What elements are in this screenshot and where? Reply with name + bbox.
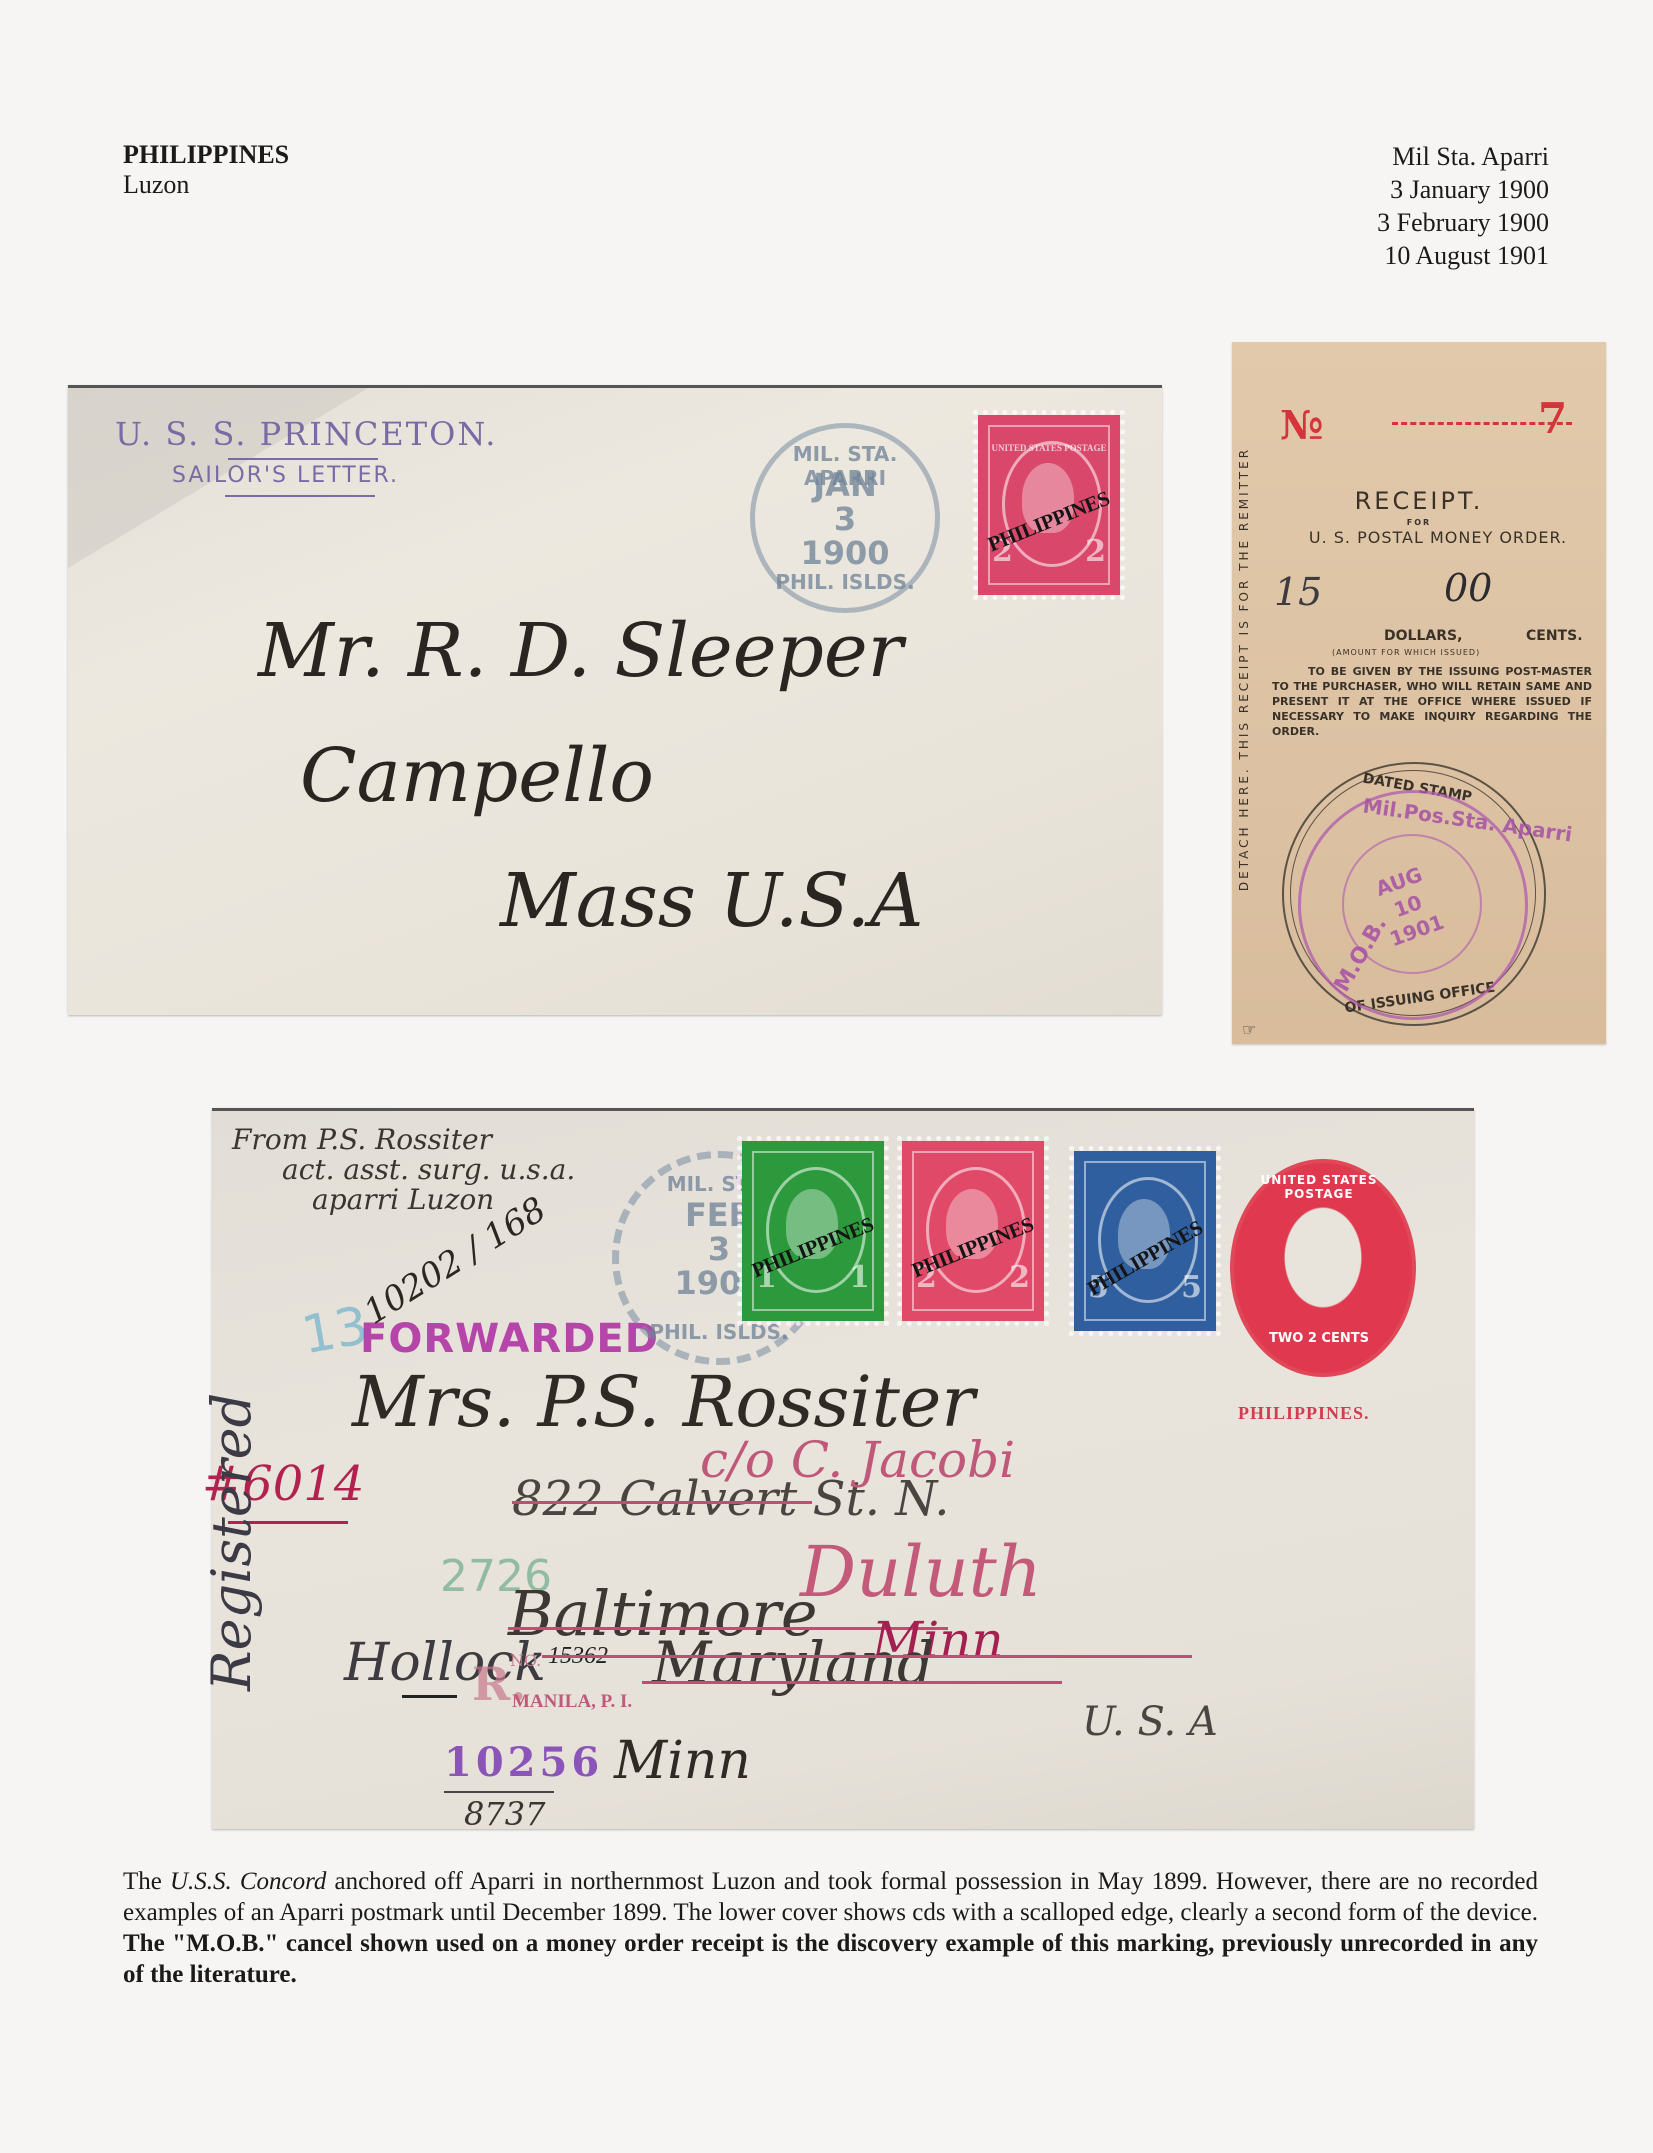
stamp-1c-franklin: 1 1 PHILIPPINES	[742, 1141, 884, 1321]
indicium-bottom-text: TWO 2 CENTS	[1242, 1331, 1396, 1346]
forwarding-name: c/o C. Jacobi	[700, 1431, 1015, 1489]
detach-side-text: DETACH HERE. THIS RECEIPT IS FOR THE REM…	[1237, 339, 1251, 999]
page-header-left: PHILIPPINES Luzon	[123, 140, 289, 200]
indicium-top-text: UNITED STATES POSTAGE	[1242, 1173, 1396, 1201]
minn-handwritten: Minn	[614, 1731, 751, 1791]
address-line-2: Campello	[300, 733, 654, 819]
strike-through	[512, 1501, 812, 1504]
stamp-2c-washington: 2 2 PHILIPPINES	[902, 1141, 1044, 1321]
address-line-3: Mass U.S.A	[500, 858, 923, 944]
postmark-bottom-text: PHIL. ISLDS.	[619, 1320, 819, 1344]
handwritten-cents: 00	[1444, 566, 1492, 610]
post-office-name: Mil Sta. Aparri	[1377, 140, 1549, 173]
underline	[402, 1695, 457, 1698]
dollars-label: DOLLARS,	[1384, 628, 1462, 644]
pointing-hand-icon: ☞	[1242, 1020, 1256, 1039]
money-order-receipt: DETACH HERE. THIS RECEIPT IS FOR THE REM…	[1232, 342, 1606, 1044]
number-prefix: №	[1280, 402, 1323, 449]
country-handwritten: U. S. A	[1082, 1699, 1218, 1745]
indicium-overprint: PHILIPPINES.	[1238, 1403, 1370, 1424]
caption-text: The	[123, 1868, 170, 1895]
postmark-jan-1900: MIL. STA. APARRI JAN 3 1900 PHIL. ISLDS.	[750, 423, 940, 613]
ship-cachet: U. S. S. PRINCETON.	[115, 415, 497, 453]
receipt-instructions: TO BE GIVEN BY THE ISSUING POST-MASTER T…	[1272, 664, 1592, 739]
manila-registry-label: MANILA, P. I.	[512, 1691, 632, 1713]
cover-princeton: U. S. S. PRINCETON. SAILOR'S LETTER. MIL…	[68, 385, 1162, 1015]
stamp-denomination: 2	[1085, 534, 1106, 569]
sender-line-1: From P.S. Rossiter	[232, 1125, 575, 1155]
caption-bold-text: The "M.O.B." cancel shown used on a mone…	[123, 1930, 1538, 1988]
cover-rossiter-registered: From P.S. Rossiter act. asst. surg. u.s.…	[212, 1108, 1474, 1829]
postmark-year: 1900	[755, 536, 935, 570]
sender-line-2: act. asst. surg. u.s.a.	[232, 1155, 575, 1185]
region-subtitle: Luzon	[123, 170, 289, 200]
sub-number: 8737	[464, 1795, 545, 1833]
purple-number-handstamp: 10256	[444, 1739, 603, 1786]
cachet-underline	[225, 495, 375, 497]
postmark-date: JAN 3 1900	[755, 468, 935, 570]
strike-through	[642, 1681, 1062, 1684]
postmark-month: JAN	[755, 468, 935, 502]
forwarding-city: Duluth	[800, 1531, 1042, 1613]
handwritten-dollars: 15	[1274, 570, 1322, 614]
caption-ship-name: U.S.S. Concord	[170, 1868, 326, 1895]
amount-note: (AMOUNT FOR WHICH ISSUED)	[1332, 648, 1480, 657]
country-title: PHILIPPINES	[123, 140, 289, 170]
stamp-denomination: 2	[1009, 1260, 1030, 1295]
stamp-2c-washington: UNITED STATES POSTAGE 2 2 PHILIPPINES	[978, 415, 1120, 595]
page-header-right: Mil Sta. Aparri 3 January 1900 3 Februar…	[1377, 140, 1549, 272]
date-2: 3 February 1900	[1377, 206, 1549, 239]
cachet-underline	[228, 458, 378, 460]
address-line-1: Mr. R. D. Sleeper	[258, 608, 903, 694]
receipt-for: FOR	[1232, 518, 1606, 527]
cents-label: CENTS.	[1526, 628, 1583, 644]
registry-no-label: NO.	[510, 1651, 541, 1670]
postmark-day: 3	[755, 502, 935, 536]
sailors-letter-cachet: SAILOR'S LETTER.	[172, 463, 399, 488]
caption-text: anchored off Aparri in northernmost Luzo…	[123, 1868, 1538, 1926]
stamp-denomination: 1	[849, 1260, 870, 1295]
receipt-number: 7	[1538, 394, 1567, 443]
date-1: 3 January 1900	[1377, 173, 1549, 206]
strike-through	[542, 1655, 1192, 1658]
exhibit-caption: The U.S.S. Concord anchored off Aparri i…	[123, 1866, 1538, 1990]
stamp-denomination: 5	[1181, 1270, 1202, 1305]
old-state: Maryland	[652, 1629, 934, 1697]
date-3: 10 August 1901	[1377, 239, 1549, 272]
forwarded-handstamp: FORWARDED	[360, 1316, 659, 1362]
registered-side-note: Registered	[200, 1393, 263, 1691]
fraction-line	[444, 1791, 554, 1793]
receipt-title: RECEIPT.	[1232, 487, 1606, 515]
postmark-bottom-text: PHIL. ISLDS.	[755, 570, 935, 594]
stamp-5c-grant: 5 5 PHILIPPINES	[1074, 1151, 1216, 1331]
receipt-subtitle: U. S. POSTAL MONEY ORDER.	[1270, 528, 1606, 547]
